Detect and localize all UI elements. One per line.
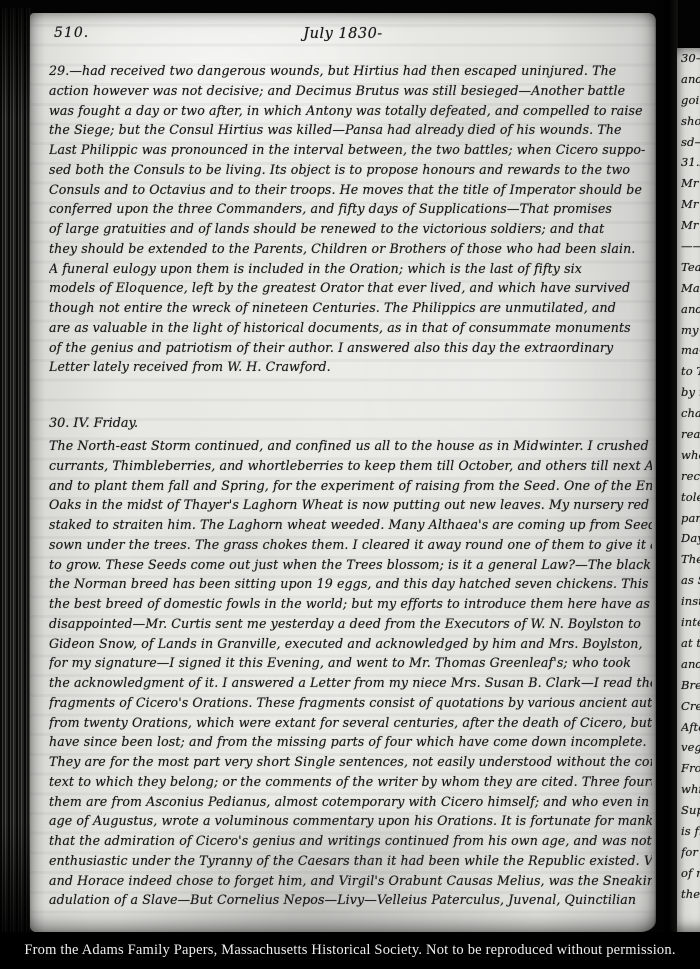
facing-page-fragment: Day bbox=[681, 528, 700, 549]
entry-line: Consuls and to Octavius and to their tro… bbox=[49, 180, 652, 200]
facing-page-fragment: and it bbox=[681, 654, 700, 675]
facing-page-fragment: chan bbox=[681, 403, 700, 424]
entry-line: of large gratuities and of lands should … bbox=[49, 219, 652, 239]
facing-page-fragment: to Th bbox=[681, 361, 700, 382]
page-date-header: July 1830- bbox=[30, 26, 656, 42]
entry-line: 29.—had received two dangerous wounds, b… bbox=[49, 61, 652, 81]
entry-line: them are from Asconius Pedianus, almost … bbox=[49, 792, 652, 812]
entry-line: the acknowledgment of it. I answered a L… bbox=[49, 673, 652, 693]
facing-page-fragment: the w bbox=[681, 884, 700, 905]
facing-page-fragment: Creat bbox=[681, 696, 700, 717]
facing-page-fragment: Mr bbox=[681, 173, 700, 194]
facing-page-fragment: Mr N bbox=[681, 215, 700, 236]
entry-line: age of Augustus, wrote a voluminous comm… bbox=[49, 811, 652, 831]
facing-page-fragment: instr bbox=[681, 591, 700, 612]
entry-line: though not entire the wreck of nineteen … bbox=[49, 298, 652, 318]
facing-page-fragment: interp bbox=[681, 612, 700, 633]
entry-line: the Siege; but the Consul Hirtius was ki… bbox=[49, 120, 652, 140]
entry-line: and to plant them fall and Spring, for t… bbox=[49, 476, 652, 496]
entry-line: the Norman breed has been sitting upon 1… bbox=[49, 574, 652, 594]
entry-line: are as valuable in the light of historic… bbox=[49, 318, 652, 338]
book-gutter-shadow bbox=[654, 0, 678, 934]
facing-page-fragment: by my bbox=[681, 382, 700, 403]
facing-page-fragment: which bbox=[681, 779, 700, 800]
facing-page-fragment: vege bbox=[681, 737, 700, 758]
diary-entry-july-29: 29.—had received two dangerous wounds, b… bbox=[49, 61, 652, 377]
entry-line: the best breed of domestic fowls in the … bbox=[49, 594, 652, 614]
facing-page-fragment: Mary bbox=[681, 278, 700, 299]
facing-page-fragment: and bbox=[681, 69, 700, 90]
entry-line: was fought a day or two after, in which … bbox=[49, 101, 652, 121]
entry-line: sown under the trees. The grass chokes t… bbox=[49, 535, 652, 555]
entry-line: adulation of a Slave—But Cornelius Nepos… bbox=[49, 890, 652, 910]
entry-line: have since been lost; and from the missi… bbox=[49, 732, 652, 752]
entry-line: of the genius and patriotism of their au… bbox=[49, 338, 652, 358]
facing-page-fragment: ma— bbox=[681, 340, 700, 361]
entry-line: Last Philippic was pronounced in the int… bbox=[49, 140, 652, 160]
facing-page-fragment: is fr bbox=[681, 821, 700, 842]
facing-page-fragment: 30— bbox=[681, 48, 700, 69]
entry-line: sed both the Consuls to be living. Its o… bbox=[49, 160, 652, 180]
entry-line: they should be extended to the Parents, … bbox=[49, 239, 652, 259]
facing-page-fragment: should bbox=[681, 111, 700, 132]
manuscript-page: 510. July 1830- 29.—had received two dan… bbox=[30, 13, 656, 932]
facing-page-fragment: 31.IV: bbox=[681, 152, 700, 173]
facing-page-fragment: as Su bbox=[681, 570, 700, 591]
facing-page-fragment: and a bbox=[681, 299, 700, 320]
facing-page-edge: 30—andgoinshouldsd—31.IV:MrMr aMr N———Te… bbox=[677, 48, 700, 932]
entry-line: Oaks in the midst of Thayer's Laghorn Wh… bbox=[49, 495, 652, 515]
entry-line: conferred upon the three Commanders, and… bbox=[49, 199, 652, 219]
entry-line: staked to straiten him. The Laghorn whea… bbox=[49, 515, 652, 535]
facing-page-fragment: for u bbox=[681, 842, 700, 863]
entry-line: models of Eloquence, left by the greates… bbox=[49, 278, 652, 298]
diary-entry-july-30: The North-east Storm continued, and conf… bbox=[49, 436, 652, 910]
facing-page-fragment: at the bbox=[681, 633, 700, 654]
facing-page-fragment: of my bbox=[681, 863, 700, 884]
book-page-edges bbox=[0, 8, 31, 932]
entry-line: Letter lately received from W. H. Crawfo… bbox=[49, 357, 652, 377]
entry-line: action however was not decisive; and Dec… bbox=[49, 81, 652, 101]
facing-page-fragment: The N bbox=[681, 549, 700, 570]
entry-line: text to which they belong; or the commen… bbox=[49, 772, 652, 792]
manuscript-scan-photo: 510. July 1830- 29.—had received two dan… bbox=[0, 0, 700, 969]
facing-page-fragment: sd— bbox=[681, 132, 700, 153]
facing-page-fragment: Afte bbox=[681, 717, 700, 738]
entry-line: for my signature—I signed it this Evenin… bbox=[49, 653, 652, 673]
entry-line: from twenty Orations, which were extant … bbox=[49, 713, 652, 733]
facing-page-fragment: wher bbox=[681, 445, 700, 466]
archive-caption: From the Adams Family Papers, Massachuse… bbox=[24, 942, 675, 959]
entry-line: enthusiastic under the Tyranny of the Ca… bbox=[49, 851, 652, 871]
entry-line: A funeral eulogy upon them is included i… bbox=[49, 259, 652, 279]
entry-line: currants, Thimbleberries, and whortleber… bbox=[49, 456, 652, 476]
facing-page-fragment: From bbox=[681, 758, 700, 779]
facing-page-fragment: Brea bbox=[681, 675, 700, 696]
facing-page-fragment: read bbox=[681, 424, 700, 445]
facing-page-fragment: Mr a bbox=[681, 194, 700, 215]
facing-page-fragment: tole bbox=[681, 487, 700, 508]
facing-page-fragment: Tea bbox=[681, 257, 700, 278]
entry-line: and Horace indeed chose to forget him, a… bbox=[49, 871, 652, 891]
entry-line: They are for the most part very short Si… bbox=[49, 752, 652, 772]
entry-line: that the admiration of Cicero's genius a… bbox=[49, 831, 652, 851]
entry-line: to grow. These Seeds come out just when … bbox=[49, 555, 652, 575]
caption-bar: From the Adams Family Papers, Massachuse… bbox=[0, 932, 700, 969]
facing-page-fragment: rece bbox=[681, 466, 700, 487]
facing-page-fragment: part bbox=[681, 508, 700, 529]
entry-line: The North-east Storm continued, and conf… bbox=[49, 436, 652, 456]
facing-page-fragment: my L bbox=[681, 320, 700, 341]
entry-line: disappointed—Mr. Curtis sent me yesterda… bbox=[49, 614, 652, 634]
entry-line: fragments of Cicero's Orations. These fr… bbox=[49, 693, 652, 713]
facing-page-fragment: goin bbox=[681, 90, 700, 111]
facing-page-fragment: ——— bbox=[681, 236, 700, 257]
entry-line: Gideon Snow, of Lands in Granville, exec… bbox=[49, 634, 652, 654]
facing-page-fragment: Sup bbox=[681, 800, 700, 821]
date-heading-july-30: 30. IV. Friday. bbox=[49, 416, 138, 431]
